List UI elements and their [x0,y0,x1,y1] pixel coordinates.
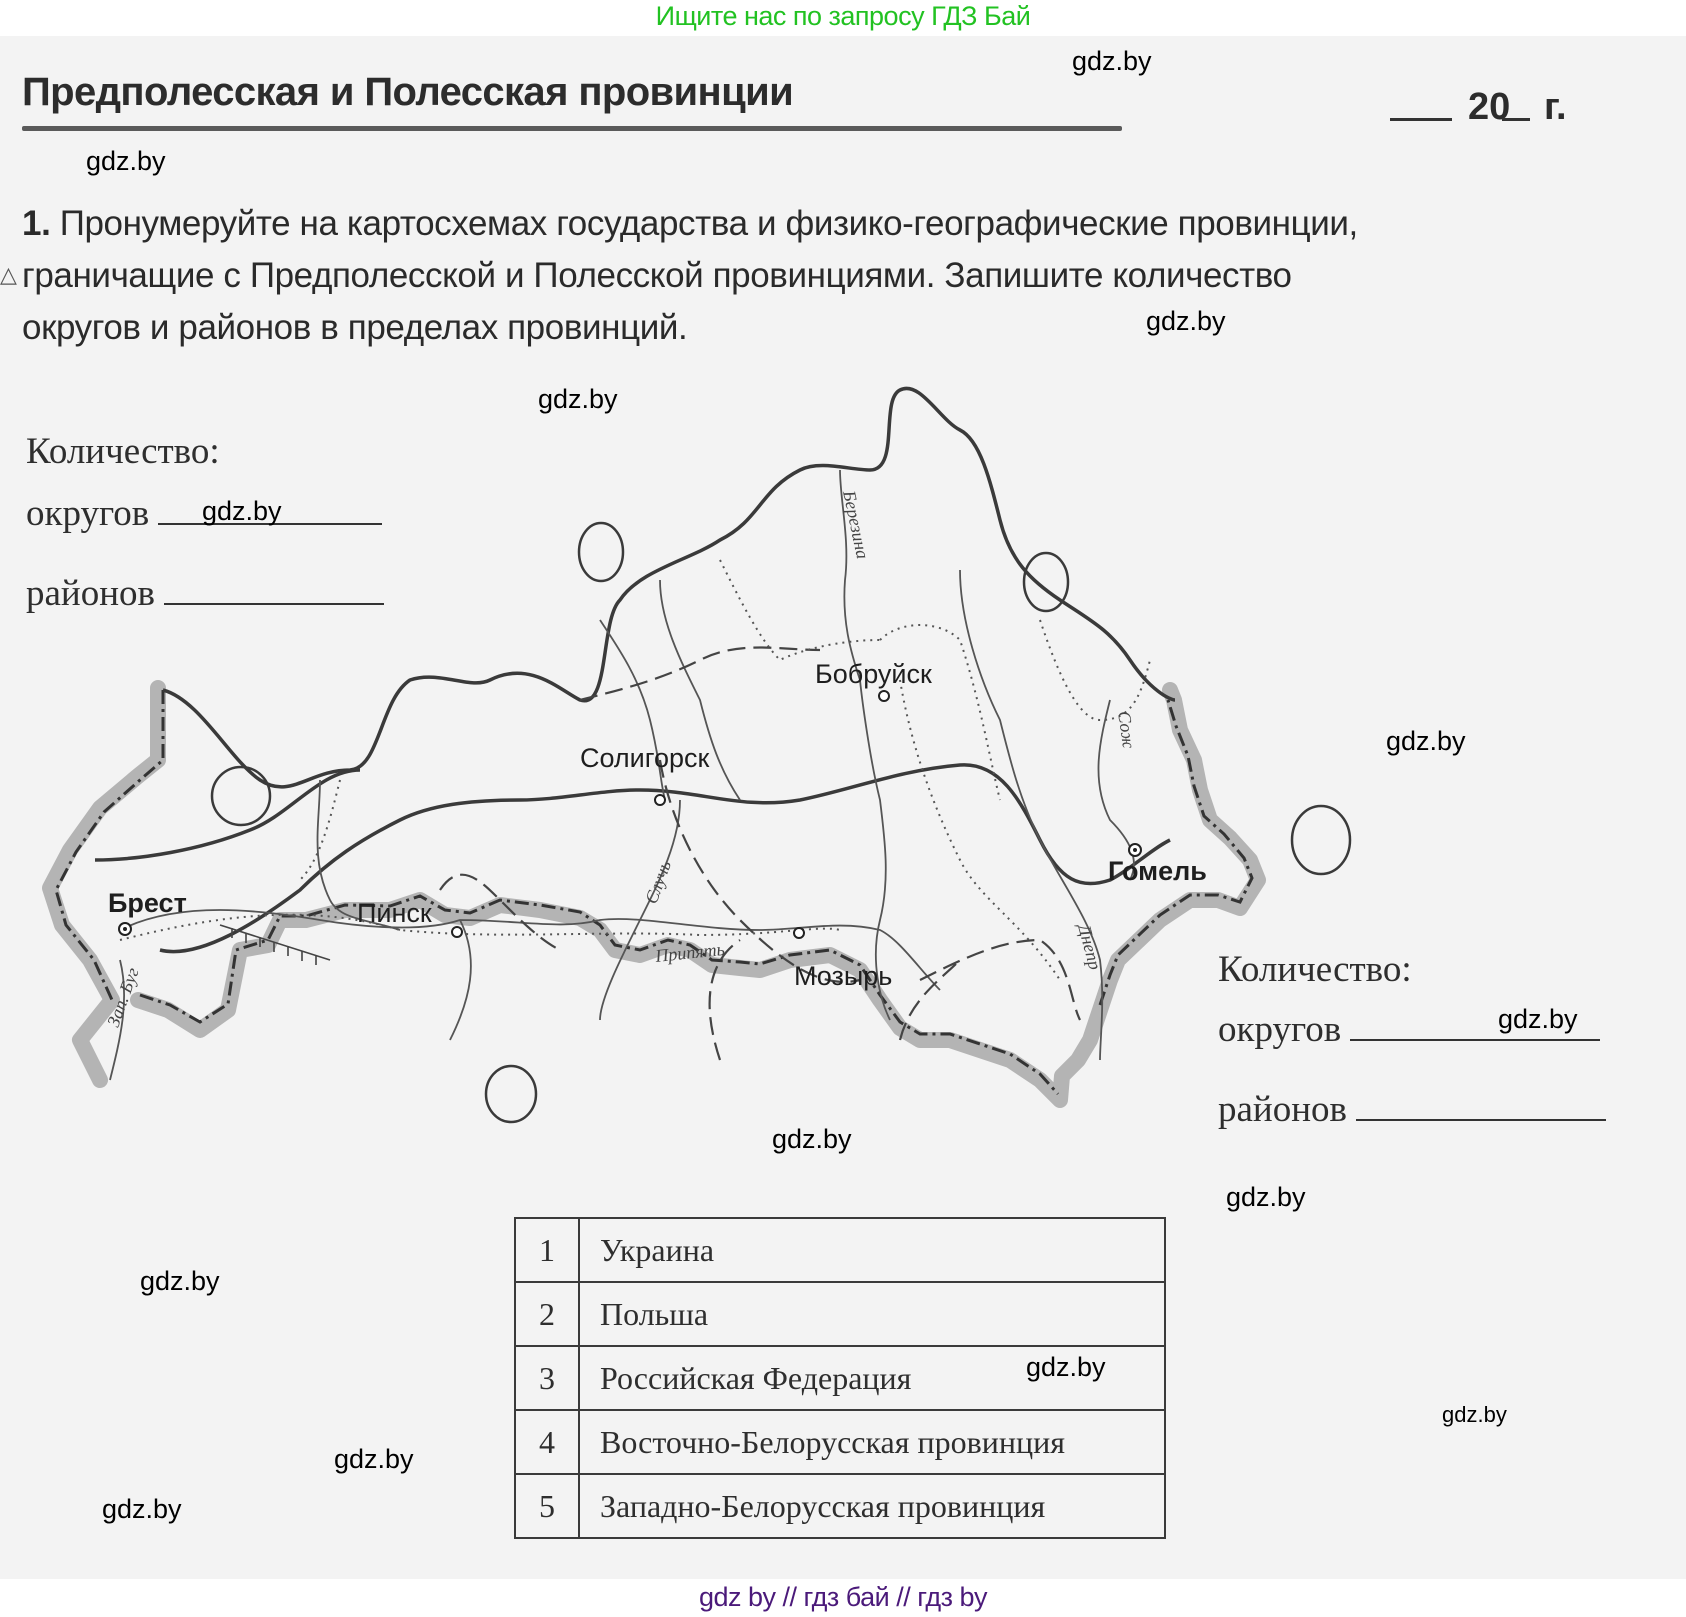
top-banner: Ищите нас по запросу ГДЗ Бай [0,0,1686,36]
province-map: Бобруйск Солигорск Брест Пинск Гомель Мо… [0,36,1686,1236]
watermark: gdz.by [1146,306,1226,337]
answer-circle-3[interactable] [212,767,270,825]
legend-row: 2Польша [515,1282,1165,1346]
watermark: gdz.by [1498,1004,1578,1035]
province-boundary [95,388,1175,951]
watermark: gdz.by [538,384,618,415]
answer-circle-2[interactable] [1024,553,1068,611]
watermark: gdz.by [1386,726,1466,757]
watermark: gdz.by [1072,46,1152,77]
legend-number: 2 [515,1282,579,1346]
city-label-soligorsk: Солигорск [580,743,710,773]
legend-label: Западно-Белорусская провинция [579,1474,1165,1538]
watermark: gdz.by [202,496,282,527]
watermark: gdz.by [86,146,166,177]
city-label-mozyr: Мозырь [794,961,892,991]
river-label-sozh: Сож [1114,710,1139,750]
okrug-boundaries [440,648,1080,1061]
city-label-bobruisk: Бобруйск [815,659,932,689]
answer-circle-4[interactable] [1292,806,1350,874]
legend-row: 1Украина [515,1218,1165,1282]
watermark: gdz.by [102,1494,182,1525]
watermark: gdz.by [334,1444,414,1475]
city-label-gomel: Гомель [1108,856,1207,886]
legend-number: 5 [515,1474,579,1538]
legend-label: Польша [579,1282,1165,1346]
river-label-dnepr: Днепр [1074,920,1106,972]
watermark: gdz.by [1026,1352,1106,1383]
legend-row: 5Западно-Белорусская провинция [515,1474,1165,1538]
city-markers [119,691,1141,938]
city-label-brest: Брест [108,888,187,918]
city-marker-bobruisk [879,691,889,701]
city-marker-pinsk [452,927,462,937]
legend-number: 1 [515,1218,579,1282]
watermark: gdz.by [140,1266,220,1297]
watermark: gdz.by [1226,1182,1306,1213]
bottom-banner: gdz by // гдз бай // гдз by [0,1579,1686,1617]
watermark: gdz.by [772,1124,852,1155]
answer-circles[interactable] [212,523,1350,1122]
city-marker-soligorsk [655,795,665,805]
legend-label: Украина [579,1218,1165,1282]
city-label-pinsk: Пинск [357,898,432,928]
answer-circle-1[interactable] [579,523,623,581]
legend-label: Восточно-Белорусская провинция [579,1410,1165,1474]
city-marker-mozyr [794,928,804,938]
answer-circle-5[interactable] [486,1066,536,1122]
legend-number: 3 [515,1346,579,1410]
legend-row: 4Восточно-Белорусская провинция [515,1410,1165,1474]
legend-number: 4 [515,1410,579,1474]
watermark: gdz.by [1442,1402,1507,1428]
river-label-sluch: Случь [641,858,675,907]
